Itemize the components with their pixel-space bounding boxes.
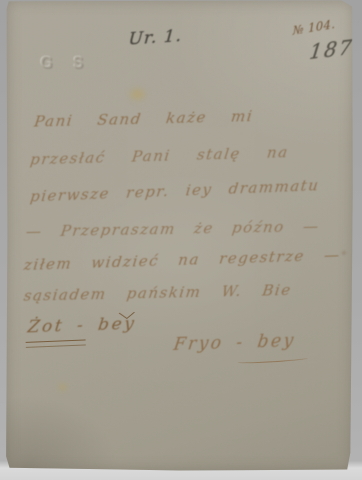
paper-sheet: G S Ur. 1. № 104. 187 Pani Sand każe mi … xyxy=(5,0,353,471)
letter-line: przesłać Pani stalę na xyxy=(29,143,290,169)
folio-number: 187 xyxy=(308,34,354,64)
letter-line: Pani Sand każe mi xyxy=(33,107,254,131)
signature-flourish xyxy=(238,357,308,364)
ink-stain xyxy=(56,382,70,393)
letter-line: — Przepraszam że późno — xyxy=(25,217,321,240)
signature-right: Fryo - bey xyxy=(172,331,297,355)
signature-left: Żot - bey xyxy=(27,314,138,338)
letter-line: sąsiadem pańskim W. Bie xyxy=(23,281,293,305)
ink-stain xyxy=(126,86,148,103)
letter-line: pierwsze repr. iey drammatu xyxy=(29,176,320,205)
scanned-letter-page: G S Ur. 1. № 104. 187 Pani Sand każe mi … xyxy=(0,0,362,480)
letter-line: ziłem widzieć na regestrze — xyxy=(23,246,342,274)
document-number: Ur. 1. xyxy=(128,26,183,50)
embossed-blind-stamp: G S xyxy=(40,54,91,72)
signature-underline xyxy=(26,339,86,347)
archive-number: № 104. xyxy=(293,17,336,38)
ink-stain xyxy=(341,250,347,255)
